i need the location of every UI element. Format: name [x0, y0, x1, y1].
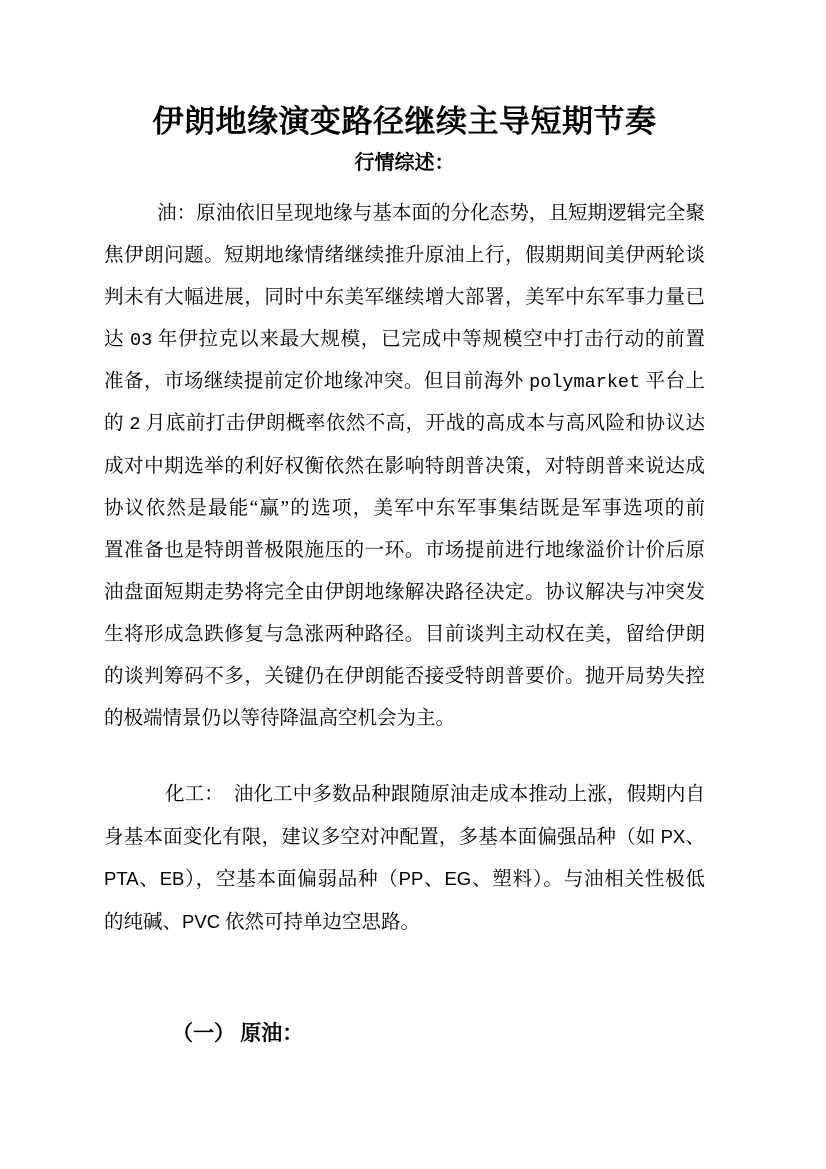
cjk-text: 年伊拉克以来最大规模，已完成中等规模空中打击行动的前置 [152, 329, 705, 350]
cjk-text: 焦伊朗问题。短期地缘情绪继续推升原油上行，假期期间美伊两轮谈 [104, 245, 705, 266]
text-line: 的纯碱、PVC 依然可持单边空思路。 [104, 901, 705, 943]
cjk-text: 的谈判筹码不多，关键仍在伊朗能否接受特朗普要价。抛开局势失控 [104, 666, 705, 687]
latin-sans-text: EB [160, 868, 185, 889]
section-subtitle-market-summary: 行情综述： [104, 149, 705, 177]
latin-sans-text: PP [399, 868, 424, 889]
text-line: 成对中期选举的利好权衡依然在影响特朗普决策，对特朗普来说达成 [104, 446, 705, 488]
cjk-text: 化工： 油化工中多数品种跟随原油走成本推动上涨，假期内自 [165, 784, 705, 805]
document-page: 伊朗地缘演变路径继续主导短期节奏 行情综述： 油：原油依旧呈现地缘与基本面的分化… [0, 0, 826, 1169]
latin-mono-text: polymarket [529, 372, 640, 393]
cjk-text: 置准备也是特朗普极限施压的一环。市场提前进行地缘溢价计价后原 [104, 540, 705, 561]
latin-sans-text: PTA [104, 868, 139, 889]
text-line: 焦伊朗问题。短期地缘情绪继续推升原油上行，假期期间美伊两轮谈 [104, 235, 705, 277]
latin-sans-text: PVC [182, 911, 220, 932]
latin-mono-text: 2 [129, 414, 140, 435]
cjk-text: 油盘面短期走势将完全由伊朗地缘解决路径决定。协议解决与冲突发 [104, 582, 705, 603]
cjk-text: 、 [423, 869, 444, 890]
cjk-text: 身基本面变化有限，建议多空对冲配置，多基本面偏强品种（如 [104, 827, 661, 848]
cjk-text: 、 [685, 827, 705, 848]
cjk-text: ），空基本面偏弱品种（ [184, 869, 398, 890]
text-line: 的极端情景仍以等待降温高空机会为主。 [104, 698, 705, 740]
cjk-text: 月底前打击伊朗概率依然不高，开战的高成本与高风险和协议达 [140, 413, 705, 434]
cjk-text: 平台上 [640, 371, 705, 392]
text-line: PTA、EB），空基本面偏弱品种（PP、EG、塑料）。与油相关性极低 [104, 858, 705, 900]
text-line: 置准备也是特朗普极限施压的一环。市场提前进行地缘溢价计价后原 [104, 530, 705, 572]
text-line: 准备，市场继续提前定价地缘冲突。但目前海外 polymarket 平台上 [104, 361, 705, 403]
paragraph-oil: 油：原油依旧呈现地缘与基本面的分化态势，且短期逻辑完全聚焦伊朗问题。短期地缘情绪… [104, 193, 705, 740]
text-line: 化工： 油化工中多数品种跟随原油走成本推动上涨，假期内自 [104, 774, 705, 816]
section-heading-crude-oil: （一） 原油： [104, 1018, 705, 1048]
text-line: 判未有大幅进展，同时中东美军继续增大部署，美军中东军事力量已 [104, 277, 705, 319]
cjk-text: 生将形成急跌修复与急涨两种路径。目前谈判主动权在美，留给伊朗 [104, 624, 705, 645]
latin-mono-text: 03 [130, 330, 152, 351]
text-line: 身基本面变化有限，建议多空对冲配置，多基本面偏强品种（如 PX、 [104, 816, 705, 858]
cjk-text: 、塑料）。与油相关性极低 [471, 869, 705, 890]
cjk-text: 判未有大幅进展，同时中东美军继续增大部署，美军中东军事力量已 [104, 287, 705, 308]
cjk-text: 的极端情景仍以等待降温高空机会为主。 [104, 708, 455, 729]
text-line: 协议依然是最能“赢”的选项，美军中东军事集结既是军事选项的前 [104, 488, 705, 530]
text-line: 油：原油依旧呈现地缘与基本面的分化态势，且短期逻辑完全聚 [104, 193, 705, 235]
text-line: 的谈判筹码不多，关键仍在伊朗能否接受特朗普要价。抛开局势失控 [104, 656, 705, 698]
text-line: 达 03 年伊拉克以来最大规模，已完成中等规模空中打击行动的前置 [104, 319, 705, 361]
cjk-text: 达 [104, 329, 130, 350]
document-title: 伊朗地缘演变路径继续主导短期节奏 [104, 100, 705, 144]
cjk-text: 准备，市场继续提前定价地缘冲突。但目前海外 [104, 371, 529, 392]
cjk-text: 的 [104, 413, 129, 434]
cjk-text: 成对中期选举的利好权衡依然在影响特朗普决策，对特朗普来说达成 [104, 456, 705, 477]
cjk-text: 协议依然是最能“赢”的选项，美军中东军事集结既是军事选项的前 [104, 498, 705, 519]
cjk-text: 依然可持单边空思路。 [220, 912, 420, 933]
latin-sans-text: PX [661, 826, 686, 847]
text-line: 油盘面短期走势将完全由伊朗地缘解决路径决定。协议解决与冲突发 [104, 572, 705, 614]
text-line: 的 2 月底前打击伊朗概率依然不高，开战的高成本与高风险和协议达 [104, 403, 705, 445]
latin-sans-text: EG [444, 868, 471, 889]
text-line: 生将形成急跌修复与急涨两种路径。目前谈判主动权在美，留给伊朗 [104, 614, 705, 656]
cjk-text: 的纯碱、 [104, 912, 182, 933]
cjk-text: 油：原油依旧呈现地缘与基本面的分化态势，且短期逻辑完全聚 [157, 203, 705, 224]
paragraph-chemicals: 化工： 油化工中多数品种跟随原油走成本推动上涨，假期内自身基本面变化有限，建议多… [104, 774, 705, 942]
cjk-text: 、 [139, 869, 160, 890]
